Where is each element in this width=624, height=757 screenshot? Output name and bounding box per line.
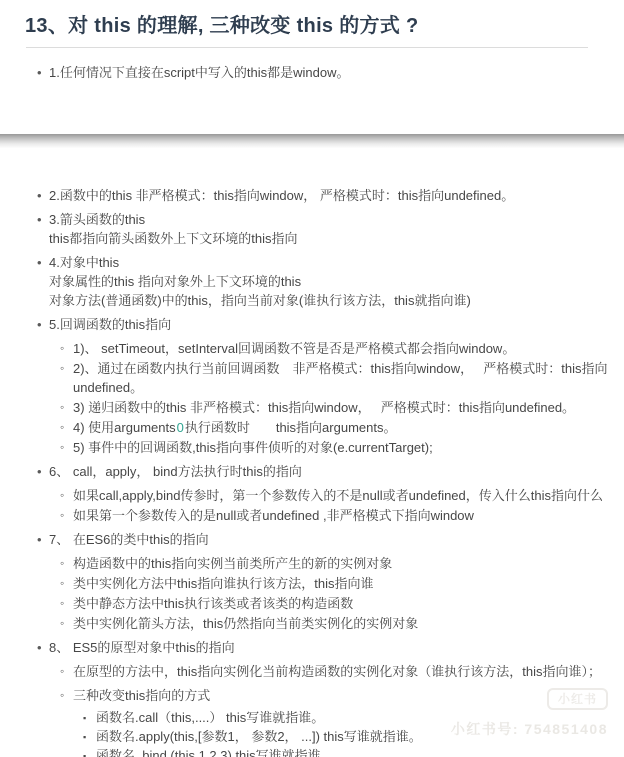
text-fragment: 4) 使用arguments bbox=[73, 420, 176, 435]
list-item: 5.回调函数的this指向 1)、 setTimeout，setInterval… bbox=[49, 315, 614, 457]
list-item: 8、 ES5的原型对象中this的指向 在原型的方法中，this指向实例化当前构… bbox=[49, 638, 614, 757]
text-line: 4) 使用arguments0执行函数时 this指向arguments。 bbox=[73, 418, 614, 437]
sub-list-item: 3) 递归函数中的this 非严格模式：this指向window， 严格模式时：… bbox=[73, 398, 614, 417]
sub-sub-list: 函数名.call（this,....） this写谁就指谁。 函数名.apply… bbox=[73, 709, 614, 757]
sub-list-item: 如果call,apply,bind传参时，第一个参数传入的不是null或者und… bbox=[73, 486, 614, 505]
sub-list: 构造函数中的this指向实例当前类所产生的新的实例对象 类中实例化方法中this… bbox=[49, 554, 614, 633]
text-line: 构造函数中的this指向实例当前类所产生的新的实例对象 bbox=[73, 554, 614, 573]
text-line: 如果call,apply,bind传参时，第一个参数传入的不是null或者und… bbox=[73, 486, 614, 505]
text-line: 三种改变this指向的方式 bbox=[73, 686, 614, 705]
list-item: 1.任何情况下直接在script中写入的this都是window。 bbox=[49, 63, 614, 82]
sub-sub-list-item: 函数名. bind (this,1,2,3) this写谁就指谁。 bbox=[96, 747, 614, 757]
text-line: 2.函数中的this 非严格模式：this指向window， 严格模式时：thi… bbox=[49, 186, 614, 205]
page-title: 13、对 this 的理解, 三种改变 this 的方式 ? bbox=[25, 13, 616, 39]
text-line: 3.箭头函数的this bbox=[49, 210, 614, 229]
sub-list-item: 类中实例化箭头方法，this仍然指向当前类实例化的实例对象 bbox=[73, 614, 614, 633]
sub-sub-list-item: 函数名.apply(this,[参数1， 参数2， ...]) this写谁就指… bbox=[96, 728, 614, 746]
text-line: 如果第一个参数传入的是null或者undefined ,非严格模式下指向wind… bbox=[73, 506, 614, 525]
text-line: 5.回调函数的this指向 bbox=[49, 315, 614, 334]
text-line: 函数名.apply(this,[参数1， 参数2， ...]) this写谁就指… bbox=[96, 728, 614, 746]
text-fragment: 执行函数时 this指向arguments。 bbox=[185, 420, 397, 435]
text-line: 对象方法(普通函数)中的this，指向当前对象(谁执行该方法，this就指向谁) bbox=[49, 291, 614, 310]
text-line: 函数名. bind (this,1,2,3) this写谁就指谁。 bbox=[96, 747, 614, 757]
sub-list-item: 类中实例化方法中this指向谁执行该方法，this指向谁 bbox=[73, 574, 614, 593]
list-item: 2.函数中的this 非严格模式：this指向window， 严格模式时：thi… bbox=[49, 186, 614, 205]
sub-list-item: 5) 事件中的回调函数,this指向事件侦听的对象(e.currentTarge… bbox=[73, 438, 614, 457]
sub-list-item: 构造函数中的this指向实例当前类所产生的新的实例对象 bbox=[73, 554, 614, 573]
text-line: 6、 call，apply， bind方法执行时this的指向 bbox=[49, 462, 614, 481]
notes-content: 2.函数中的this 非严格模式：this指向window， 严格模式时：thi… bbox=[0, 186, 624, 757]
screenshot-seam bbox=[0, 134, 624, 148]
text-line: 8、 ES5的原型对象中this的指向 bbox=[49, 638, 614, 657]
sub-list: 1)、 setTimeout，setInterval回调函数不管是否是严格模式都… bbox=[49, 339, 614, 457]
sub-sub-list-item: 函数名.call（this,....） this写谁就指谁。 bbox=[96, 709, 614, 727]
text-line: 对象属性的this 指向对象外上下文环境的this bbox=[49, 272, 614, 291]
list-item: 3.箭头函数的this this都指向箭头函数外上下文环境的this指向 bbox=[49, 210, 614, 248]
text-line: 1)、 setTimeout，setInterval回调函数不管是否是严格模式都… bbox=[73, 339, 614, 358]
sub-list: 如果call,apply,bind传参时，第一个参数传入的不是null或者und… bbox=[49, 486, 614, 525]
sub-list-item: 类中静态方法中this执行该类或者该类的构造函数 bbox=[73, 594, 614, 613]
text-line: this都指向箭头函数外上下文环境的this指向 bbox=[49, 229, 614, 248]
list-item: 4.对象中this 对象属性的this 指向对象外上下文环境的this 对象方法… bbox=[49, 253, 614, 310]
list-item: 7、 在ES6的类中this的指向 构造函数中的this指向实例当前类所产生的新… bbox=[49, 530, 614, 633]
sub-list-item: 1)、 setTimeout，setInterval回调函数不管是否是严格模式都… bbox=[73, 339, 614, 358]
title-divider bbox=[26, 47, 588, 48]
text-line: 在原型的方法中，this指向实例化当前构造函数的实例化对象（谁执行该方法，thi… bbox=[73, 662, 614, 681]
sub-list-item: 如果第一个参数传入的是null或者undefined ,非严格模式下指向wind… bbox=[73, 506, 614, 525]
sub-list-item: 在原型的方法中，this指向实例化当前构造函数的实例化对象（谁执行该方法，thi… bbox=[73, 662, 614, 681]
sub-list-item: 2)、通过在函数内执行当前回调函数 非严格模式：this指向window， 严格… bbox=[73, 359, 614, 397]
sub-list-item: 三种改变this指向的方式 函数名.call（this,....） this写谁… bbox=[73, 686, 614, 757]
list-item: 6、 call，apply， bind方法执行时this的指向 如果call,a… bbox=[49, 462, 614, 525]
text-line: 类中静态方法中this执行该类或者该类的构造函数 bbox=[73, 594, 614, 613]
sub-list: 在原型的方法中，this指向实例化当前构造函数的实例化对象（谁执行该方法，thi… bbox=[49, 662, 614, 757]
main-list: 2.函数中的this 非严格模式：this指向window， 严格模式时：thi… bbox=[0, 186, 624, 757]
text-line: 7、 在ES6的类中this的指向 bbox=[49, 530, 614, 549]
text-line: 类中实例化方法中this指向谁执行该方法，this指向谁 bbox=[73, 574, 614, 593]
sub-list-item: 4) 使用arguments0执行函数时 this指向arguments。 bbox=[73, 418, 614, 437]
text-line: 类中实例化箭头方法，this仍然指向当前类实例化的实例对象 bbox=[73, 614, 614, 633]
arguments-index: 0 bbox=[176, 420, 185, 435]
text-line: 函数名.call（this,....） this写谁就指谁。 bbox=[96, 709, 614, 727]
intro-list: 1.任何情况下直接在script中写入的this都是window。 bbox=[0, 63, 624, 82]
text-line: 5) 事件中的回调函数,this指向事件侦听的对象(e.currentTarge… bbox=[73, 438, 614, 457]
text-line: 2)、通过在函数内执行当前回调函数 非严格模式：this指向window， 严格… bbox=[73, 359, 614, 397]
notes-page: 13、对 this 的理解, 三种改变 this 的方式 ? 1.任何情况下直接… bbox=[0, 0, 624, 757]
text-line: 4.对象中this bbox=[49, 253, 614, 272]
text-line: 3) 递归函数中的this 非严格模式：this指向window， 严格模式时：… bbox=[73, 398, 614, 417]
text-line: 1.任何情况下直接在script中写入的this都是window。 bbox=[49, 63, 614, 82]
